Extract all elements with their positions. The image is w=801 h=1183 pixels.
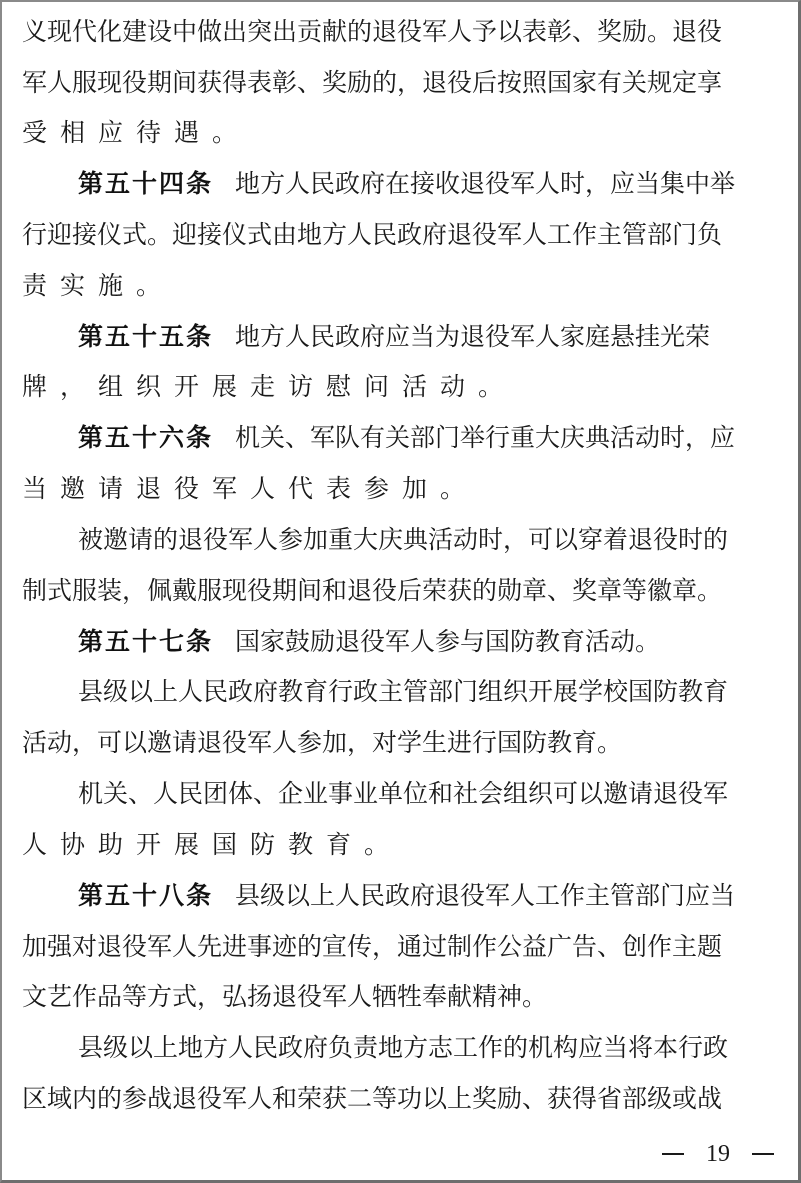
- line-text: 制式服装，佩戴服现役期间和退役后荣获的勋章、奖章等徽章。: [22, 576, 722, 605]
- text-line: 加强对退役军人先进事迹的宣传，通过制作公益广告、创作主题: [22, 927, 784, 967]
- text-line: 牌，组织开展走访慰问活动。: [22, 367, 784, 407]
- article-number: 第五十七条: [78, 627, 213, 656]
- text-line: 义现代化建设中做出突出贡献的退役军人予以表彰、奖励。退役: [22, 12, 784, 52]
- text-line: 活动，可以邀请退役军人参加，对学生进行国防教育。: [22, 723, 784, 763]
- text-line: 机关、人民团体、企业事业单位和社会组织可以邀请退役军: [78, 774, 784, 814]
- text-line: 责实施。: [22, 266, 784, 306]
- line-text: 受相应待遇。: [22, 118, 250, 147]
- line-text: 牌，组织开展走访慰问活动。: [22, 372, 516, 401]
- article-paragraph-line: 第五十四条地方人民政府在接收退役军人时，应当集中举: [78, 164, 784, 204]
- article-paragraph-line: 第五十八条县级以上人民政府退役军人工作主管部门应当: [78, 876, 784, 916]
- line-text: 军人服现役期间获得表彰、奖励的，退役后按照国家有关规定享: [22, 68, 722, 97]
- text-line: 当邀请退役军人代表参加。: [22, 469, 784, 509]
- text-line: 行迎接仪式。迎接仪式由地方人民政府退役军人工作主管部门负: [22, 215, 784, 255]
- dash-right: [752, 1153, 774, 1155]
- line-text: 义现代化建设中做出突出贡献的退役军人予以表彰、奖励。退役: [22, 17, 722, 46]
- text-line: 被邀请的退役军人参加重大庆典活动时，可以穿着退役时的: [78, 520, 784, 560]
- line-text: 机关、人民团体、企业事业单位和社会组织可以邀请退役军: [78, 779, 728, 808]
- text-line: 制式服装，佩戴服现役期间和退役后荣获的勋章、奖章等徽章。: [22, 571, 784, 611]
- line-text: 加强对退役军人先进事迹的宣传，通过制作公益广告、创作主题: [22, 932, 722, 961]
- text-line: 军人服现役期间获得表彰、奖励的，退役后按照国家有关规定享: [22, 63, 784, 103]
- document-page: 义现代化建设中做出突出贡献的退役军人予以表彰、奖励。退役军人服现役期间获得表彰、…: [0, 0, 801, 1183]
- line-text: 人协助开展国防教育。: [22, 830, 402, 859]
- article-number: 第五十五条: [78, 322, 213, 351]
- text-line: 文艺作品等方式，弘扬退役军人牺牲奉献精神。: [22, 977, 784, 1017]
- line-text: 国家鼓励退役军人参与国防教育活动。: [235, 627, 660, 656]
- line-text: 地方人民政府在接收退役军人时，应当集中举: [235, 169, 735, 198]
- article-number: 第五十八条: [78, 881, 213, 910]
- text-line: 区域内的参战退役军人和荣获二等功以上奖励、获得省部级或战: [22, 1079, 784, 1119]
- text-line: 县级以上地方人民政府负责地方志工作的机构应当将本行政: [78, 1028, 784, 1068]
- line-text: 行迎接仪式。迎接仪式由地方人民政府退役军人工作主管部门负: [22, 220, 722, 249]
- line-text: 县级以上人民政府退役军人工作主管部门应当: [235, 881, 735, 910]
- text-line: 受相应待遇。: [22, 113, 784, 153]
- page-number-footer: 19: [662, 1138, 774, 1170]
- article-paragraph-line: 第五十六条机关、军队有关部门举行重大庆典活动时，应: [78, 418, 784, 458]
- article-number: 第五十四条: [78, 169, 213, 198]
- line-text: 机关、军队有关部门举行重大庆典活动时，应: [235, 423, 735, 452]
- line-text: 被邀请的退役军人参加重大庆典活动时，可以穿着退役时的: [78, 525, 728, 554]
- page-number: 19: [706, 1138, 730, 1170]
- line-text: 责实施。: [22, 271, 174, 300]
- dash-left: [662, 1153, 684, 1155]
- line-text: 县级以上人民政府教育行政主管部门组织开展学校国防教育: [78, 677, 728, 706]
- text-line: 人协助开展国防教育。: [22, 825, 784, 865]
- text-line: 县级以上人民政府教育行政主管部门组织开展学校国防教育: [78, 672, 784, 712]
- line-text: 文艺作品等方式，弘扬退役军人牺牲奉献精神。: [22, 982, 547, 1011]
- line-text: 县级以上地方人民政府负责地方志工作的机构应当将本行政: [78, 1033, 728, 1062]
- line-text: 地方人民政府应当为退役军人家庭悬挂光荣: [235, 322, 710, 351]
- line-text: 当邀请退役军人代表参加。: [22, 474, 478, 503]
- line-text: 活动，可以邀请退役军人参加，对学生进行国防教育。: [22, 728, 622, 757]
- line-text: 区域内的参战退役军人和荣获二等功以上奖励、获得省部级或战: [22, 1084, 722, 1113]
- article-paragraph-line: 第五十七条国家鼓励退役军人参与国防教育活动。: [78, 622, 784, 662]
- article-number: 第五十六条: [78, 423, 213, 452]
- article-paragraph-line: 第五十五条地方人民政府应当为退役军人家庭悬挂光荣: [78, 317, 784, 357]
